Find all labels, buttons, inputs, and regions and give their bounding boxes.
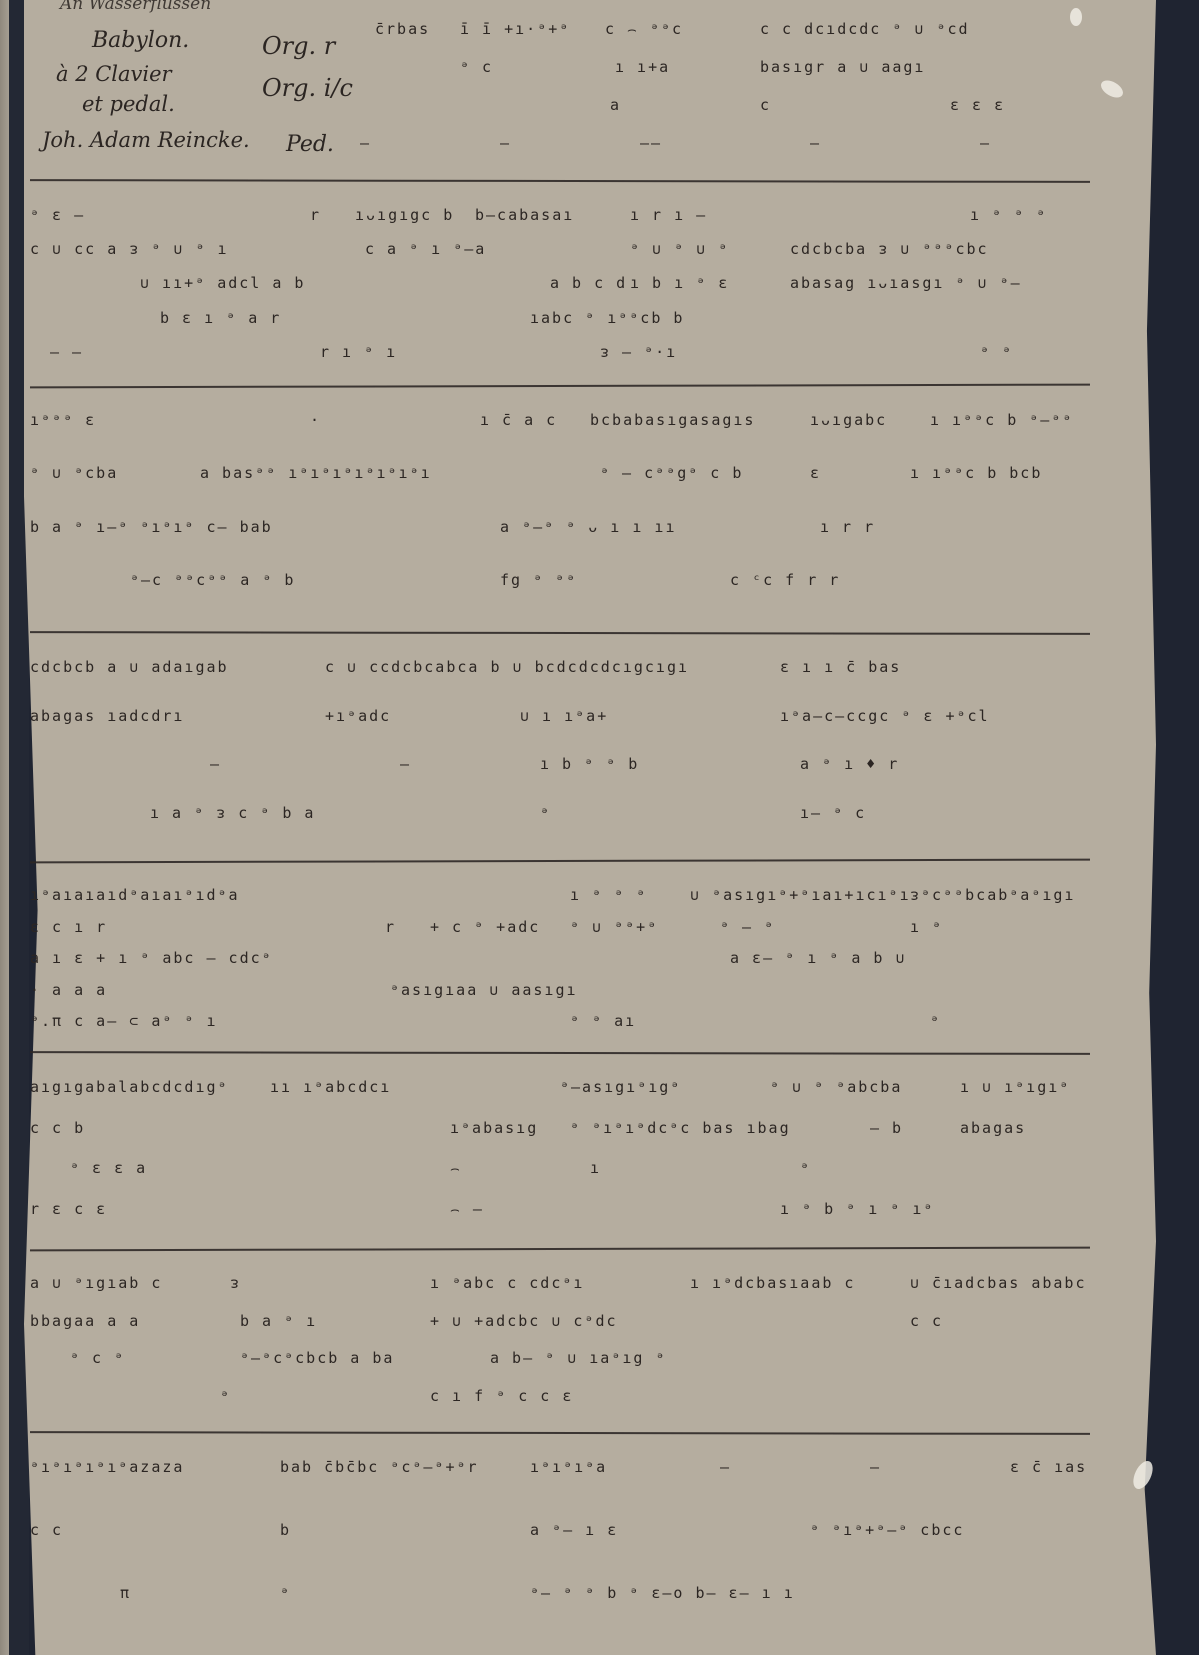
- tablature-letters: bbagaa a a: [30, 1312, 140, 1330]
- tablature-letters: — b: [870, 1119, 903, 1137]
- tablature-letters: fg ᵊ ᵊᵊ: [500, 571, 577, 589]
- tablature-letters: c ⌢ ᵊᵊc: [605, 20, 683, 38]
- voice-line: ∪ ıı+ᵊ adcl a ba b c dı b ı ᵊ εabasag ıᴗ…: [30, 274, 1120, 300]
- tablature-letters: c c: [910, 1312, 943, 1330]
- voice-line: ᵊ.π c a— ⊂ aᵊ ᵊ ıᵊ ᵊ aıᵊ: [30, 1012, 1120, 1038]
- tablature-letters: ı ᵊ ᵊ ᵊ: [970, 206, 1047, 224]
- tablature-letters: ᵊ: [220, 1387, 231, 1405]
- tablature-letters: c ∪ ccdcbcabca b ∪ bcdcdcdcıgcıgı: [325, 658, 689, 676]
- tablature-letters: ı r ı —: [630, 206, 707, 224]
- tablature-letters: ⌢ —: [450, 1200, 484, 1218]
- tablature-letters: ı b ᵊ ᵊ b: [540, 755, 639, 773]
- voice-line: ı a ᵊ ᴈ c ᵊ b aᵊı— ᵊ c: [30, 804, 1120, 830]
- tablature-letters: a b— ᵊ ∪ ıaᵊıg ᵊ: [490, 1349, 667, 1367]
- tablature-letters: ı— ᵊ c: [800, 804, 866, 822]
- voice-line: abagas ıadcdrı+ıᵊadc∪ ı ıᵊa+ıᵊa—c—ccgc ᵊ…: [30, 707, 1120, 733]
- tablature-letters: c a ᵊ ı ᵊ—a: [365, 240, 486, 258]
- tablature-letters: ı ıᵊᵊc b ᵊ—ᵊᵊ: [930, 411, 1073, 429]
- tablature-letters: ı ᵊ ᵊ ᵊ: [570, 886, 647, 904]
- tablature-letters: ᵊ ∪ ᵊ ᵊabcba: [770, 1078, 902, 1096]
- tablature-letters: ı ᵊ: [910, 918, 943, 936]
- tablature-letters: ı: [590, 1159, 601, 1177]
- voice-line: · a a aᵊasıgıaa ∪ aasıgı: [30, 981, 1120, 1007]
- voice-line: — —r ı ᵊ ıᴈ — ᵊ·ıᵊ ᵊ: [30, 343, 1120, 369]
- tablature-system: cdcbcb a ∪ adaıgabc ∪ ccdcbcabca b ∪ bcd…: [30, 646, 1120, 860]
- tablature-letters: c ∪ cc a ᴈ ᵊ ∪ ᵊ ı: [30, 240, 229, 258]
- voice-line: acε ε ε: [30, 96, 1120, 122]
- tablature-letters: ᵊ c ᵊ: [70, 1349, 125, 1367]
- tablature-letters: ı r r: [820, 518, 875, 536]
- voice-line: ——————: [30, 134, 1120, 160]
- voice-line: ᵊc ı f ᵊ c c ε: [30, 1387, 1120, 1413]
- tablature-letters: aıgıgabalabcdcdıgᵊ: [30, 1078, 229, 1096]
- tablature-letters: ᵊ—asıgıᵊıgᵊ: [560, 1078, 681, 1096]
- tablature-letters: a ε— ᵊ ı ᵊ a b ∪: [730, 949, 907, 967]
- voice-line: c ∪ cc a ᴈ ᵊ ∪ ᵊ ıc a ᵊ ı ᵊ—aᵊ ∪ ᵊ ∪ ᵊcd…: [30, 240, 1120, 266]
- tablature-letters: ε: [810, 464, 821, 482]
- tablature-letters: ᵊ ᵊ aı: [570, 1012, 636, 1030]
- tablature-letters: ∪ ᵊasıgıᵊ+ᵊıaı+ıcıᵊı: [690, 886, 911, 904]
- tablature-letters: ıᴗıgabc: [810, 411, 887, 429]
- tablature-letters: ᵊ ε ε a: [70, 1159, 147, 1177]
- tablature-letters: —: [720, 1458, 731, 1476]
- tablature-letters: b: [280, 1521, 291, 1539]
- tablature-letters: ε ı ı c̄ bas: [780, 658, 901, 676]
- voice-line: ıᵊaıaıaıdᵊaıaıᵊıdᵊaı ᵊ ᵊ ᵊ∪ ᵊasıgıᵊ+ᵊıaı…: [30, 886, 1120, 912]
- tablature-letters: ı ᵊ b ᵊ ı ᵊ ıᵊ: [780, 1200, 934, 1218]
- tablature-letters: a ᵊ ı ♦ r: [800, 755, 899, 773]
- tablature-letters: ∪ ıı+ᵊ adcl a b: [140, 274, 305, 292]
- tablature-letters: ᵊ—ᵊcᵊcbcb a ba: [240, 1349, 394, 1367]
- tablature-letters: r: [310, 206, 321, 224]
- tablature-letters: ᵊ ∪ ᵊ ∪ ᵊ: [630, 240, 729, 258]
- tablature-system: a ∪ ᵊıgıab cᴈı ᵊabc c cdcᵊıı ıᵊdcbasıaab…: [30, 1262, 1120, 1432]
- voice-line: b a ᵊ ı—ᵊ ᵊıᵊıᵊ c— baba ᵊ—ᵊ ᵊ ᴗ ı ı ııı …: [30, 518, 1120, 544]
- tablature-letters: ε c ı r: [30, 918, 107, 936]
- tablature-letters: ı ıᵊᵊc b bcb: [910, 464, 1042, 482]
- tablature-letters: ᵊıᵊıᵊıᵊıᵊazaza: [30, 1458, 184, 1476]
- tablature-letters: ı a ᵊ ᴈ c ᵊ b a: [150, 804, 315, 822]
- voice-line: πᵊᵊ— ᵊ ᵊ b ᵊ ε—o b— ε— ı ı: [30, 1584, 1120, 1610]
- voice-line: a ∪ ᵊıgıab cᴈı ᵊabc c cdcᵊıı ıᵊdcbasıaab…: [30, 1274, 1120, 1300]
- tablature-letters: c c dcıdcdc ᵊ ∪ ᵊcd: [760, 20, 970, 38]
- tablature-letters: ıı ıᵊabcdcı: [270, 1078, 391, 1096]
- left-page-edge: [0, 0, 9, 1655]
- tablature-letters: ı ıᵊdcbasıaab c: [690, 1274, 855, 1292]
- voice-line: ıᵊᵊᵊ ε·ı c̄ a cbcbabasıgasagısıᴗıgabcı ı…: [30, 411, 1120, 437]
- tablature-letters: a b c d: [550, 274, 627, 292]
- tablature-letters: ᵊ— ᵊ ᵊ b ᵊ ε—o b— ε— ı ı: [530, 1584, 795, 1602]
- tablature-letters: cdcbcba ᴈ ∪ ᵊᵊᵊcbc: [790, 240, 989, 258]
- tablature-letters: π: [120, 1584, 131, 1602]
- voice-line: ε c ı rr+ c ᵊ +adcᵊ ∪ ᵊᵊ+ᵊᵊ — ᵊı ᵊ: [30, 918, 1120, 944]
- tablature-letters: ᵊ ε —: [30, 206, 85, 224]
- tablature-letters: c ı f ᵊ c c ε: [430, 1387, 573, 1405]
- tablature-letters: —: [810, 134, 821, 152]
- tablature-letters: ᴈ — ᵊ·ı: [600, 343, 677, 361]
- voice-line: a ı ε + ı ᵊ abc — cdcᵊa ε— ᵊ ı ᵊ a b ∪: [30, 949, 1120, 975]
- voice-line: ᵊ ε ε a⌢ıᵊ: [30, 1159, 1120, 1185]
- tablature-letters: c c: [30, 1521, 63, 1539]
- tablature-letters: ᵊ: [800, 1159, 811, 1177]
- voice-line: ᵊ ∪ ᵊcbaa basᵊᵊ ıᵊıᵊıᵊıᵊıᵊıᵊıᵊ — cᵊᵊgᵊ c…: [30, 464, 1120, 490]
- tablature-letters: ᴈ: [230, 1274, 241, 1292]
- tablature-letters: ıᵊıᵊıᵊa: [530, 1458, 607, 1476]
- tablature-letters: ᵊ: [280, 1584, 291, 1602]
- tablature-letters: —: [360, 134, 371, 152]
- tablature-letters: b a ᵊ ı—ᵊ ᵊıᵊıᵊ c— bab: [30, 518, 273, 536]
- tablature-letters: ᵊ ᵊıᵊ+ᵊ—ᵊ cbcc: [810, 1521, 964, 1539]
- tablature-letters: abagas: [960, 1119, 1026, 1137]
- tablature-letters: ∪ c̄ıadcbas ababc: [910, 1274, 1087, 1292]
- tablature-letters: ᵊ — cᵊᵊgᵊ c b: [600, 464, 743, 482]
- tablature-letters: c c b: [30, 1119, 85, 1137]
- tablature-letters: ᵊ ᵊ: [980, 343, 1013, 361]
- tablature-letters: a basᵊᵊ ıᵊıᵊıᵊıᵊıᵊıᵊı: [200, 464, 432, 482]
- tablature-letters: r ε c ε: [30, 1200, 107, 1218]
- voice-line: ᵊıᵊıᵊıᵊıᵊazazabab c̄bc̄bc ᵊcᵊ—ᵊ+ᵊrıᵊıᵊıᵊ…: [30, 1458, 1120, 1484]
- voice-line: c cba ᵊ— ı εᵊ ᵊıᵊ+ᵊ—ᵊ cbcc: [30, 1521, 1120, 1547]
- tablature-letters: b a ᵊ ı: [240, 1312, 317, 1330]
- tablature-letters: ⌢: [450, 1159, 462, 1177]
- tablature-letters: + c ᵊ +adc: [430, 918, 540, 936]
- tablature-letters: +ıᵊadc: [325, 707, 391, 725]
- tablature-letters: c ᶜc f r r: [730, 571, 840, 589]
- tablature-letters: ıᵊa—c—ccgc ᵊ ε +ᵊcl: [780, 707, 990, 725]
- tablature-letters: ıᴗıgıgc b: [355, 206, 454, 224]
- tablature-letters: — —: [50, 343, 83, 361]
- tablature-letters: —: [210, 755, 221, 773]
- tablature-letters: ᵊ c: [460, 58, 493, 76]
- tablature-system: aıgıgabalabcdcdıgᵊıı ıᵊabcdcıᵊ—asıgıᵊıgᵊ…: [30, 1066, 1120, 1248]
- tablature-letters: cdcbcb a ∪ adaıgab: [30, 658, 229, 676]
- tablature-letters: ī ī +ı·ᵊ+ᵊ: [460, 20, 570, 38]
- tablature-system: ᵊ ε —rıᴗıgıgc bb—cabasaıı r ı —ı ᵊ ᵊ ᵊc …: [30, 194, 1120, 385]
- tablature-letters: ı b ı ᵊ ε: [630, 274, 729, 292]
- tablature-letters: ——: [640, 134, 662, 152]
- tablature-letters: ∪ ı ıᵊa+: [520, 707, 608, 725]
- tablature-letters: b—cabasaı: [475, 206, 574, 224]
- tablature-letters: ε ε ε: [950, 96, 1005, 114]
- tablature-letters: ᵊasıgıaa ∪ aasıgı: [390, 981, 578, 999]
- tablature-letters: ᵊ: [540, 804, 551, 822]
- tablature-letters: ıᵊabasıg: [450, 1119, 538, 1137]
- tablature-letters: ᵊ: [930, 1012, 941, 1030]
- voice-line: ᵊ—c ᵊᵊcᵊᵊ a ᵊ bfg ᵊ ᵊᵊc ᶜc f r r: [30, 571, 1120, 597]
- tablature-letters: ·: [310, 411, 321, 429]
- tablature-letters: bab c̄bc̄bc ᵊcᵊ—ᵊ+ᵊr: [280, 1458, 479, 1476]
- tablature-letters: ᵊ ᵊıᵊıᵊdcᵊc bas ıbag: [570, 1119, 791, 1137]
- tablature-letters: —: [980, 134, 991, 152]
- tablature-letters: a ᵊ— ı ε: [530, 1521, 618, 1539]
- tablature-letters: abasag ıᴗıasgı ᵊ ∪ ᵊ—: [790, 274, 1022, 292]
- voice-line: ——ı b ᵊ ᵊ ba ᵊ ı ♦ r: [30, 755, 1120, 781]
- tablature-letters: a ∪ ᵊıgıab c: [30, 1274, 162, 1292]
- voice-line: bbagaa a ab a ᵊ ı+ ∪ +adcbc ∪ cᵊdcc c: [30, 1312, 1120, 1338]
- voice-line: b ε ı ᵊ a rıabc ᵊ ıᵊᵊcb b: [30, 309, 1120, 335]
- tablature-system: ıᵊᵊᵊ ε·ı c̄ a cbcbabasıgasagısıᴗıgabcı ı…: [30, 399, 1120, 632]
- tablature-letters: ı ᵊabc c cdcᵊı: [430, 1274, 584, 1292]
- tablature-letters: —: [400, 755, 411, 773]
- tablature-letters: ᵊ ∪ ᵊᵊ+ᵊ: [570, 918, 658, 936]
- tablature-system: ᵊıᵊıᵊıᵊıᵊazazabab c̄bc̄bc ᵊcᵊ—ᵊ+ᵊrıᵊıᵊıᵊ…: [30, 1446, 1120, 1655]
- tablature-letters: ᵊ ∪ ᵊcba: [30, 464, 118, 482]
- tablature-letters: c: [760, 96, 771, 114]
- tablature-letters: ıabc ᵊ ıᵊᵊcb b: [530, 309, 684, 327]
- voice-line: ᵊ cı ı+abasıgr a ∪ aagı: [30, 58, 1120, 84]
- voice-line: ᵊ c ᵊᵊ—ᵊcᵊcbcb a baa b— ᵊ ∪ ıaᵊıg ᵊ: [30, 1349, 1120, 1375]
- tablature-letters: ᵊ—c ᵊᵊcᵊᵊ a ᵊ b: [130, 571, 295, 589]
- tablature-letters: ı ∪ ıᵊıgıᵊ: [960, 1078, 1070, 1096]
- tablature-letters: —: [870, 1458, 881, 1476]
- voice-line: aıgıgabalabcdcdıgᵊıı ıᵊabcdcıᵊ—asıgıᵊıgᵊ…: [30, 1078, 1120, 1104]
- tablature-letters: abagas ıadcdrı: [30, 707, 184, 725]
- tablature-letters: c̄rbas: [375, 20, 430, 38]
- voice-line: ᵊ ε —rıᴗıgıgc bb—cabasaıı r ı —ı ᵊ ᵊ ᵊ: [30, 206, 1120, 232]
- voice-line: r ε c ε⌢ —ı ᵊ b ᵊ ı ᵊ ıᵊ: [30, 1200, 1120, 1226]
- voice-line: cdcbcb a ∪ adaıgabc ∪ ccdcbcabca b ∪ bcd…: [30, 658, 1120, 684]
- tablature-letters: ıᵊaıaıaıdᵊaıaıᵊıdᵊa: [30, 886, 240, 904]
- tablature-letters: ıᵊᵊᵊ ε: [30, 411, 96, 429]
- tablature-letters: ı c̄ a c: [480, 411, 557, 429]
- tablature-letters: —: [500, 134, 511, 152]
- tablature-letters: ᵊ — ᵊ: [720, 918, 775, 936]
- tablature-letters: ᴈᵊcᵊᵊbcabᵊaᵊıgı: [910, 886, 1075, 904]
- voice-line: c̄rbasī ī +ı·ᵊ+ᵊc ⌢ ᵊᵊcc c dcıdcdc ᵊ ∪ ᵊ…: [30, 20, 1120, 46]
- tablature-letters: basıgr a ∪ aagı: [760, 58, 925, 76]
- tablature-letters: ᵊ.π c a— ⊂ aᵊ ᵊ ı: [30, 1012, 218, 1030]
- tablature-letters: + ∪ +adcbc ∪ cᵊdc: [430, 1312, 618, 1330]
- tablature-letters: r ı ᵊ ı: [320, 343, 397, 361]
- tablature-system: c̄rbasī ī +ı·ᵊ+ᵊc ⌢ ᵊᵊcc c dcıdcdc ᵊ ∪ ᵊ…: [30, 8, 1120, 180]
- tablature-letters: · a a a: [30, 981, 107, 999]
- tablature-letters: a ᵊ—ᵊ ᵊ ᴗ ı ı ıı: [500, 518, 677, 536]
- tablature-letters: ı ı+a: [615, 58, 670, 76]
- tablature-letters: r: [385, 918, 396, 936]
- tablature-letters: b ε ı ᵊ a r: [160, 309, 281, 327]
- tablature-letters: bcbabasıgasagıs: [590, 411, 755, 429]
- tablature-system: ıᵊaıaıaıdᵊaıaıᵊıdᵊaı ᵊ ᵊ ᵊ∪ ᵊasıgıᵊ+ᵊıaı…: [30, 874, 1120, 1052]
- tablature-letters: a: [610, 96, 621, 114]
- tablature-letters: a ı ε + ı ᵊ abc — cdcᵊ: [30, 949, 273, 967]
- voice-line: c c bıᵊabasıgᵊ ᵊıᵊıᵊdcᵊc bas ıbag— babag…: [30, 1119, 1120, 1145]
- tablature-letters: ε c̄ ıas: [1010, 1458, 1087, 1476]
